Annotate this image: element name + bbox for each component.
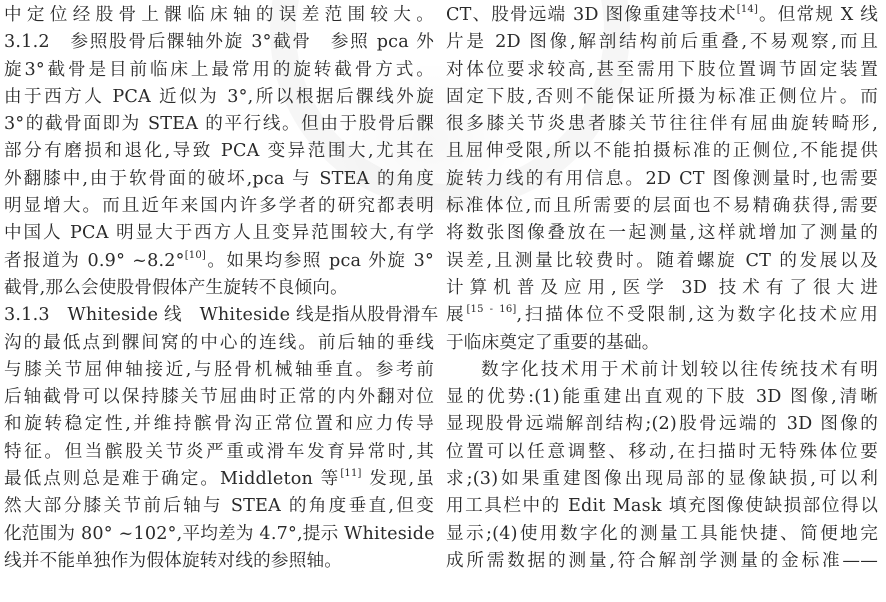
paragraph-line: 显示;(4)使用数字化的测量工具能快捷、简便地完 (446, 521, 878, 548)
paragraph-line: 用工具栏中的 Edit Mask 填充图像使缺损部位得以 (446, 493, 878, 520)
paragraph-line: 求;(3)如果重建图像出现局部的显像缺损,可以利 (446, 466, 878, 493)
paragraph-line: 成所需数据的测量,符合解剖学测量的金标准—— (446, 548, 878, 575)
paragraph-line: 旋3°截骨是目前临床上最常用的旋转截骨方式。 (4, 57, 434, 84)
paragraph-line: 且屈伸受限,所以不能拍摄标准的正侧位,不能提供 (446, 138, 878, 165)
line-text: CT、股骨远端 3D 图像重建等技术 (446, 5, 737, 25)
paragraph-first-line: 数字化技术用于术前计划较以往传统技术有明 (446, 357, 878, 384)
paragraph-line: 与膝关节屈伸轴接近,与胫骨机械轴垂直。参考前 (4, 357, 434, 384)
line-text: 最低点则总是难于确定。Middleton 等 (4, 469, 340, 489)
paragraph-line: 沟的最低点到髁间窝的中心的连线。前后轴的垂线 (4, 330, 434, 357)
paragraph-line: 3°的截骨面即为 STEA 的平行线。但由于股骨后髁 (4, 111, 434, 138)
paragraph-line: 位置可以任意调整、移动,在扫描时无特殊体位要 (446, 439, 878, 466)
line-text: ,扫描体位不受限制,这为数字化技术应用 (517, 305, 879, 325)
paragraph-line: 部分有磨损和退化,导致 PCA 变异范围大,尤其在 (4, 138, 434, 165)
paragraph-line: 计算机普及应用,医学 3D 技术有了很大进 (446, 275, 878, 302)
paragraph-line: 明显增大。而且近年来国内许多学者的研究都表明 (4, 193, 434, 220)
citation-ref-11[interactable]: [11] (340, 468, 361, 479)
paragraph-line: 化范围为 80° ~102°,平均差为 4.7°,提示 Whiteside (4, 521, 434, 548)
paragraph-line: 旋转力线的有用信息。2D CT 图像测量时,也需要 (446, 166, 878, 193)
paragraph-line: 外翻膝中,由于软骨面的破坏,pca 与 STEA 的角度 (4, 166, 434, 193)
paragraph-line: 特征。但当髌股关节炎严重或滑车发育异常时,其 (4, 439, 434, 466)
line-text: 。但常规 X 线 (758, 5, 878, 25)
paragraph-line-with-citation: 者报道为 0.9° ~8.2°[10]。如果均参照 pca 外旋 3° (4, 248, 434, 275)
paragraph-line: 和旋转稳定性,并维持髌骨沟正常位置和应力传导 (4, 411, 434, 438)
citation-ref-15-16[interactable]: [15 - 16] (466, 304, 516, 315)
citation-ref-14[interactable]: [14] (737, 4, 758, 15)
section-heading-3-1-3: 3.1.3 Whiteside 线 Whiteside 线是指从股骨滑车 (4, 302, 434, 329)
paragraph-line: 于临床奠定了重要的基础。 (446, 330, 878, 357)
line-text: 展 (446, 305, 466, 325)
line-text: 发现,虽 (362, 469, 434, 489)
left-text-column: 中定位经股骨上髁临床轴的误差范围较大。 3.1.2 参照股骨后髁轴外旋 3°截骨… (4, 2, 434, 575)
paragraph-line: 线并不能单独作为假体旋转对线的参照轴。 (4, 548, 434, 575)
paragraph-line-with-citation: 最低点则总是难于确定。Middleton 等[11] 发现,虽 (4, 466, 434, 493)
paragraph-line: 误差,且测量比较费时。随着螺旋 CT 的发展以及 (446, 248, 878, 275)
paragraph-line: 中定位经股骨上髁临床轴的误差范围较大。 (4, 2, 434, 29)
citation-ref-10[interactable]: [10] (185, 250, 206, 261)
paragraph-line-with-citation: 展[15 - 16],扫描体位不受限制,这为数字化技术应用 (446, 302, 878, 329)
paragraph-line: 固定下肢,否则不能保证所摄为标准正侧位片。而 (446, 84, 878, 111)
paragraph-line: 对体位要求较高,甚至需用下肢位置调节固定装置 (446, 57, 878, 84)
paragraph-line: 中国人 PCA 明显大于西方人且变异范围较大,有学 (4, 220, 434, 247)
paragraph-line: 显现股骨远端解剖结构;(2)股骨远端的 3D 图像的 (446, 411, 878, 438)
paragraph-line: 然大部分膝关节前后轴与 STEA 的角度垂直,但变 (4, 493, 434, 520)
paragraph-line: 显的优势:(1)能重建出直观的下肢 3D 图像,清晰 (446, 384, 878, 411)
paragraph-line: 片是 2D 图像,解剖结构前后重叠,不易观察,而且 (446, 29, 878, 56)
paragraph-line: 标准体位,而且所需要的层面也不易精确获得,需要 (446, 193, 878, 220)
line-text: 者报道为 0.9° ~8.2° (4, 251, 185, 271)
line-text: 。如果均参照 pca 外旋 3° (206, 251, 434, 271)
paragraph-line: 由于西方人 PCA 近似为 3°,所以根据后髁线外旋 (4, 84, 434, 111)
paragraph-line: 后轴截骨可以保持膝关节屈曲时正常的内外翻对位 (4, 384, 434, 411)
right-text-column: CT、股骨远端 3D 图像重建等技术[14]。但常规 X 线 片是 2D 图像,… (446, 2, 878, 575)
paragraph-line: 将数张图像叠放在一起测量,这样就增加了测量的 (446, 220, 878, 247)
section-heading-3-1-2: 3.1.2 参照股骨后髁轴外旋 3°截骨 参照 pca 外 (4, 29, 434, 56)
paragraph-line-with-citation: CT、股骨远端 3D 图像重建等技术[14]。但常规 X 线 (446, 2, 878, 29)
paragraph-line: 截骨,那么会使股骨假体产生旋转不良倾向。 (4, 275, 434, 302)
paragraph-line: 很多膝关节炎患者膝关节往往伴有屈曲旋转畸形, (446, 111, 878, 138)
